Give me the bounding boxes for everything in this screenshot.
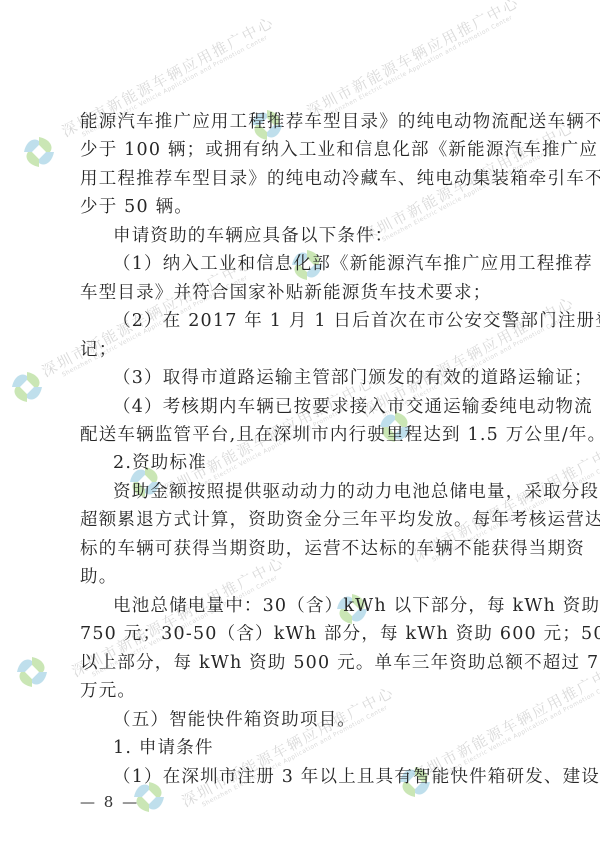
list-item: （4）考核期内车辆已按要求接入市交通运输委纯电动物流 <box>113 396 563 418</box>
body-text-line: 用工程推荐车型目录》的纯电动冷藏车、纯电动集装箱牵引车不 <box>80 168 530 190</box>
document-page: 深圳市新能源车辆应用推广中心Shenzhen Electric Vehicle … <box>0 0 600 848</box>
body-text-line: 750 元；30-50（含）kWh 部分，每 kWh 资助 600 元；50kW… <box>80 623 530 645</box>
section-heading: （五）智能快件箱资助项目。 <box>113 709 563 731</box>
watermark-logo-icon <box>10 370 44 404</box>
paragraph-heading: 申请资助的车辆应具备以下条件： <box>113 225 563 247</box>
list-item: （1）在深圳市注册 3 年以上且具有智能快件箱研发、建设 <box>113 766 563 788</box>
body-text-line: 超额累退方式计算，资助资金分三年平均发放。每年考核运营达 <box>80 509 530 531</box>
watermark-logo-icon <box>22 135 56 169</box>
body-text-line: 资助金额按照提供驱动动力的动力电池总储电量，采取分段 <box>113 481 563 503</box>
body-text-line: 车型目录》并符合国家补贴新能源货车技术要求； <box>80 282 530 304</box>
list-item: （2）在 2017 年 1 月 1 日后首次在市公安交警部门注册登 <box>113 310 563 332</box>
watermark-logo-icon <box>15 655 49 689</box>
body-text-line: 万元。 <box>80 680 530 702</box>
subsection-heading: 1. 申请条件 <box>113 737 563 759</box>
body-text-line: 电池总储电量中：30（含）kWh 以下部分，每 kWh 资助 <box>113 595 563 617</box>
body-text-line: 少于 50 辆。 <box>80 196 530 218</box>
body-text-line: 标的车辆可获得当期资助，运营不达标的车辆不能获得当期资 <box>80 538 530 560</box>
section-heading: 2.资助标准 <box>113 452 563 474</box>
list-item: （3）取得市道路运输主管部门颁发的有效的道路运输证； <box>113 367 563 389</box>
body-text-line: 能源汽车推广应用工程推荐车型目录》的纯电动物流配送车辆不 <box>80 111 530 133</box>
body-text-line: 以上部分，每 kWh 资助 500 元。单车三年资助总额不超过 7.5 <box>80 652 530 674</box>
body-text-line: 配送车辆监管平台,且在深圳市内行驶里程达到 1.5 万公里/年。 <box>80 424 530 446</box>
list-item: （1）纳入工业和信息化部《新能源汽车推广应用工程推荐 <box>113 253 563 275</box>
watermark: 深圳市新能源车辆应用推广中心Shenzhen Electric Vehicle … <box>303 0 525 126</box>
body-text-line: 少于 100 辆；或拥有纳入工业和信息化部《新能源汽车推广应 <box>80 139 530 161</box>
body-text-line: 记； <box>80 339 530 361</box>
body-text-line: 助。 <box>80 566 530 588</box>
page-number: — 8 — <box>80 793 139 811</box>
